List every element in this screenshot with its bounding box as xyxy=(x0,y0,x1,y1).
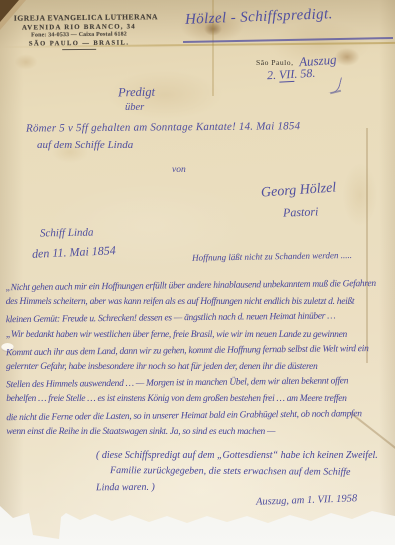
sermon-theme: Hoffnung läßt nicht zu Schanden werden .… xyxy=(192,249,392,262)
letterhead-phone: Fone: 34-0533 — Caixa Postal 6182 xyxy=(14,31,144,38)
heading-ueber: über xyxy=(125,102,144,113)
heading-scripture: Römer 5 v 5ff gehalten am Sonntage Kanta… xyxy=(26,119,394,134)
letter-paper: IGREJA EVANGELICA LUTHERANA AVENIDA RIO … xyxy=(0,0,395,545)
date-year: . 58. xyxy=(294,66,316,81)
handwritten-line: die nicht die Ferne oder die Lasten, so … xyxy=(6,405,392,426)
date-line: den 11. Mai 1854 xyxy=(32,243,116,262)
handwritten-line: kleinen Gemüt: Freude u. Schrecken! dess… xyxy=(6,308,392,329)
author-signature: Georg Hölzel xyxy=(261,180,337,201)
sermon-body: „Nicht gehen auch mir ein Hoffnungen erf… xyxy=(6,277,393,441)
handwritten-line: wenn einst die Reihe in die Staatswagen … xyxy=(6,424,392,440)
letterhead-underline xyxy=(62,48,96,49)
heading-von: von xyxy=(172,165,186,175)
archive-title: Hölzel - Schiffspredigt. xyxy=(185,6,333,29)
scanned-letter: IGREJA EVANGELICA LUTHERANA AVENIDA RIO … xyxy=(0,0,395,545)
letterhead-church-name: IGREJA EVANGELICA LUTHERANA xyxy=(14,12,144,22)
letterhead-address: AVENIDA RIO BRANCO, 34 xyxy=(14,23,144,31)
handwritten-date: 2. VII. 58. xyxy=(267,66,316,84)
letterhead-stamp: IGREJA EVANGELICA LUTHERANA AVENIDA RIO … xyxy=(14,12,144,50)
letterhead-city: SÃO PAULO — BRASIL. xyxy=(14,39,144,47)
handwritten-line: behelfen … freie Stelle … es ist einsten… xyxy=(6,391,392,407)
date-month-roman: VII xyxy=(279,67,295,83)
heading-location: auf dem Schiffe Linda xyxy=(37,139,133,151)
author-title: Pastori xyxy=(283,204,319,220)
place-line: Schiff Linda xyxy=(40,227,94,240)
footer-date: Auszug, am 1. VII. 1958 xyxy=(256,493,358,508)
city-stamp: São Paulo, xyxy=(256,58,294,67)
handwritten-line: „Wir bedankt haben wir westlichen über f… xyxy=(6,327,392,343)
pen-flourish xyxy=(327,75,342,95)
date-day: 2. xyxy=(267,68,280,83)
closing-line: ( diese Schiffspredigt auf dem „Gottesdi… xyxy=(96,448,392,464)
heading-predigt: Predigt xyxy=(118,85,155,101)
closing-note: ( diese Schiffspredigt auf dem „Gottesdi… xyxy=(96,448,392,495)
